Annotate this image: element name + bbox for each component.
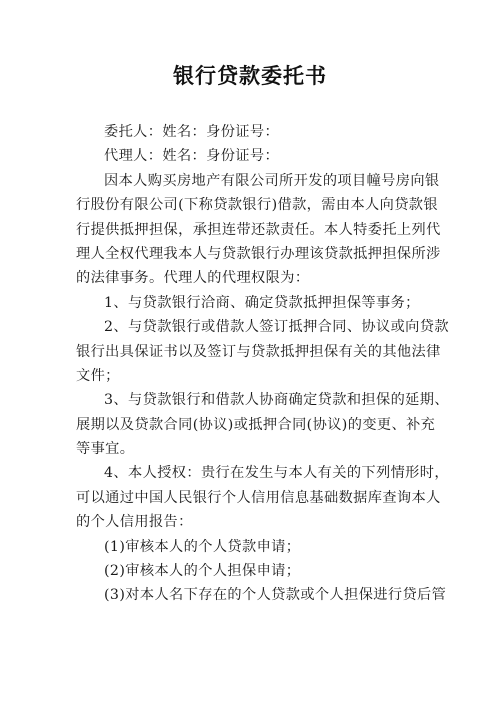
clause-3-line: 等事宜。 (76, 437, 426, 461)
clause-3-line: 展期以及贷款合同(协议)或抵押合同(协议)的变更、补充 (76, 413, 426, 437)
clause-2-line: 银行出具保证书以及签订与贷款抵押担保有关的其他法律 (76, 340, 426, 364)
paragraph-line: 行股份有限公司(下称贷款银行)借款，需由本人向贷款银 (76, 193, 426, 217)
clause-1-line: 1、与贷款银行洽商、确定贷款抵押担保等事务； (76, 291, 426, 315)
clause-2-line: 文件； (76, 364, 426, 388)
paragraph-line: 理人全权代理我本人与贷款银行办理该贷款抵押担保所涉 (76, 242, 426, 266)
clause-3-line: 3、与贷款银行和借款人协商确定贷款和担保的延期、 (76, 388, 426, 412)
paragraph-line: 的法律事务。代理人的代理权限为： (76, 266, 426, 290)
principal-line: 委托人：姓名：身份证号： (76, 120, 426, 144)
clause-2-line: 2、与贷款银行或借款人签订抵押合同、协议或向贷款 (76, 315, 426, 339)
clause-4-line: 可以通过中国人民银行个人信用信息基础数据库查询本人 (76, 486, 426, 510)
sub-item-1-line: (1)审核本人的个人贷款申请； (76, 535, 426, 559)
document-body: 委托人：姓名：身份证号： 代理人：姓名：身份证号： 因本人购买房地产有限公司所开… (76, 120, 426, 608)
clause-4-line: 的个人信用报告： (76, 510, 426, 534)
clause-4-line: 4、本人授权：贵行在发生与本人有关的下列情形时， (76, 461, 426, 485)
paragraph-line: 因本人购买房地产有限公司所开发的项目幢号房向银 (76, 169, 426, 193)
paragraph-line: 行提供抵押担保，承担连带还款责任。本人特委托上列代 (76, 218, 426, 242)
agent-line: 代理人：姓名：身份证号： (76, 144, 426, 168)
document-title: 银行贷款委托书 (0, 60, 500, 90)
sub-item-3-line: (3)对本人名下存在的个人贷款或个人担保进行贷后管 (76, 583, 426, 607)
sub-item-2-line: (2)审核本人的个人担保申请； (76, 559, 426, 583)
